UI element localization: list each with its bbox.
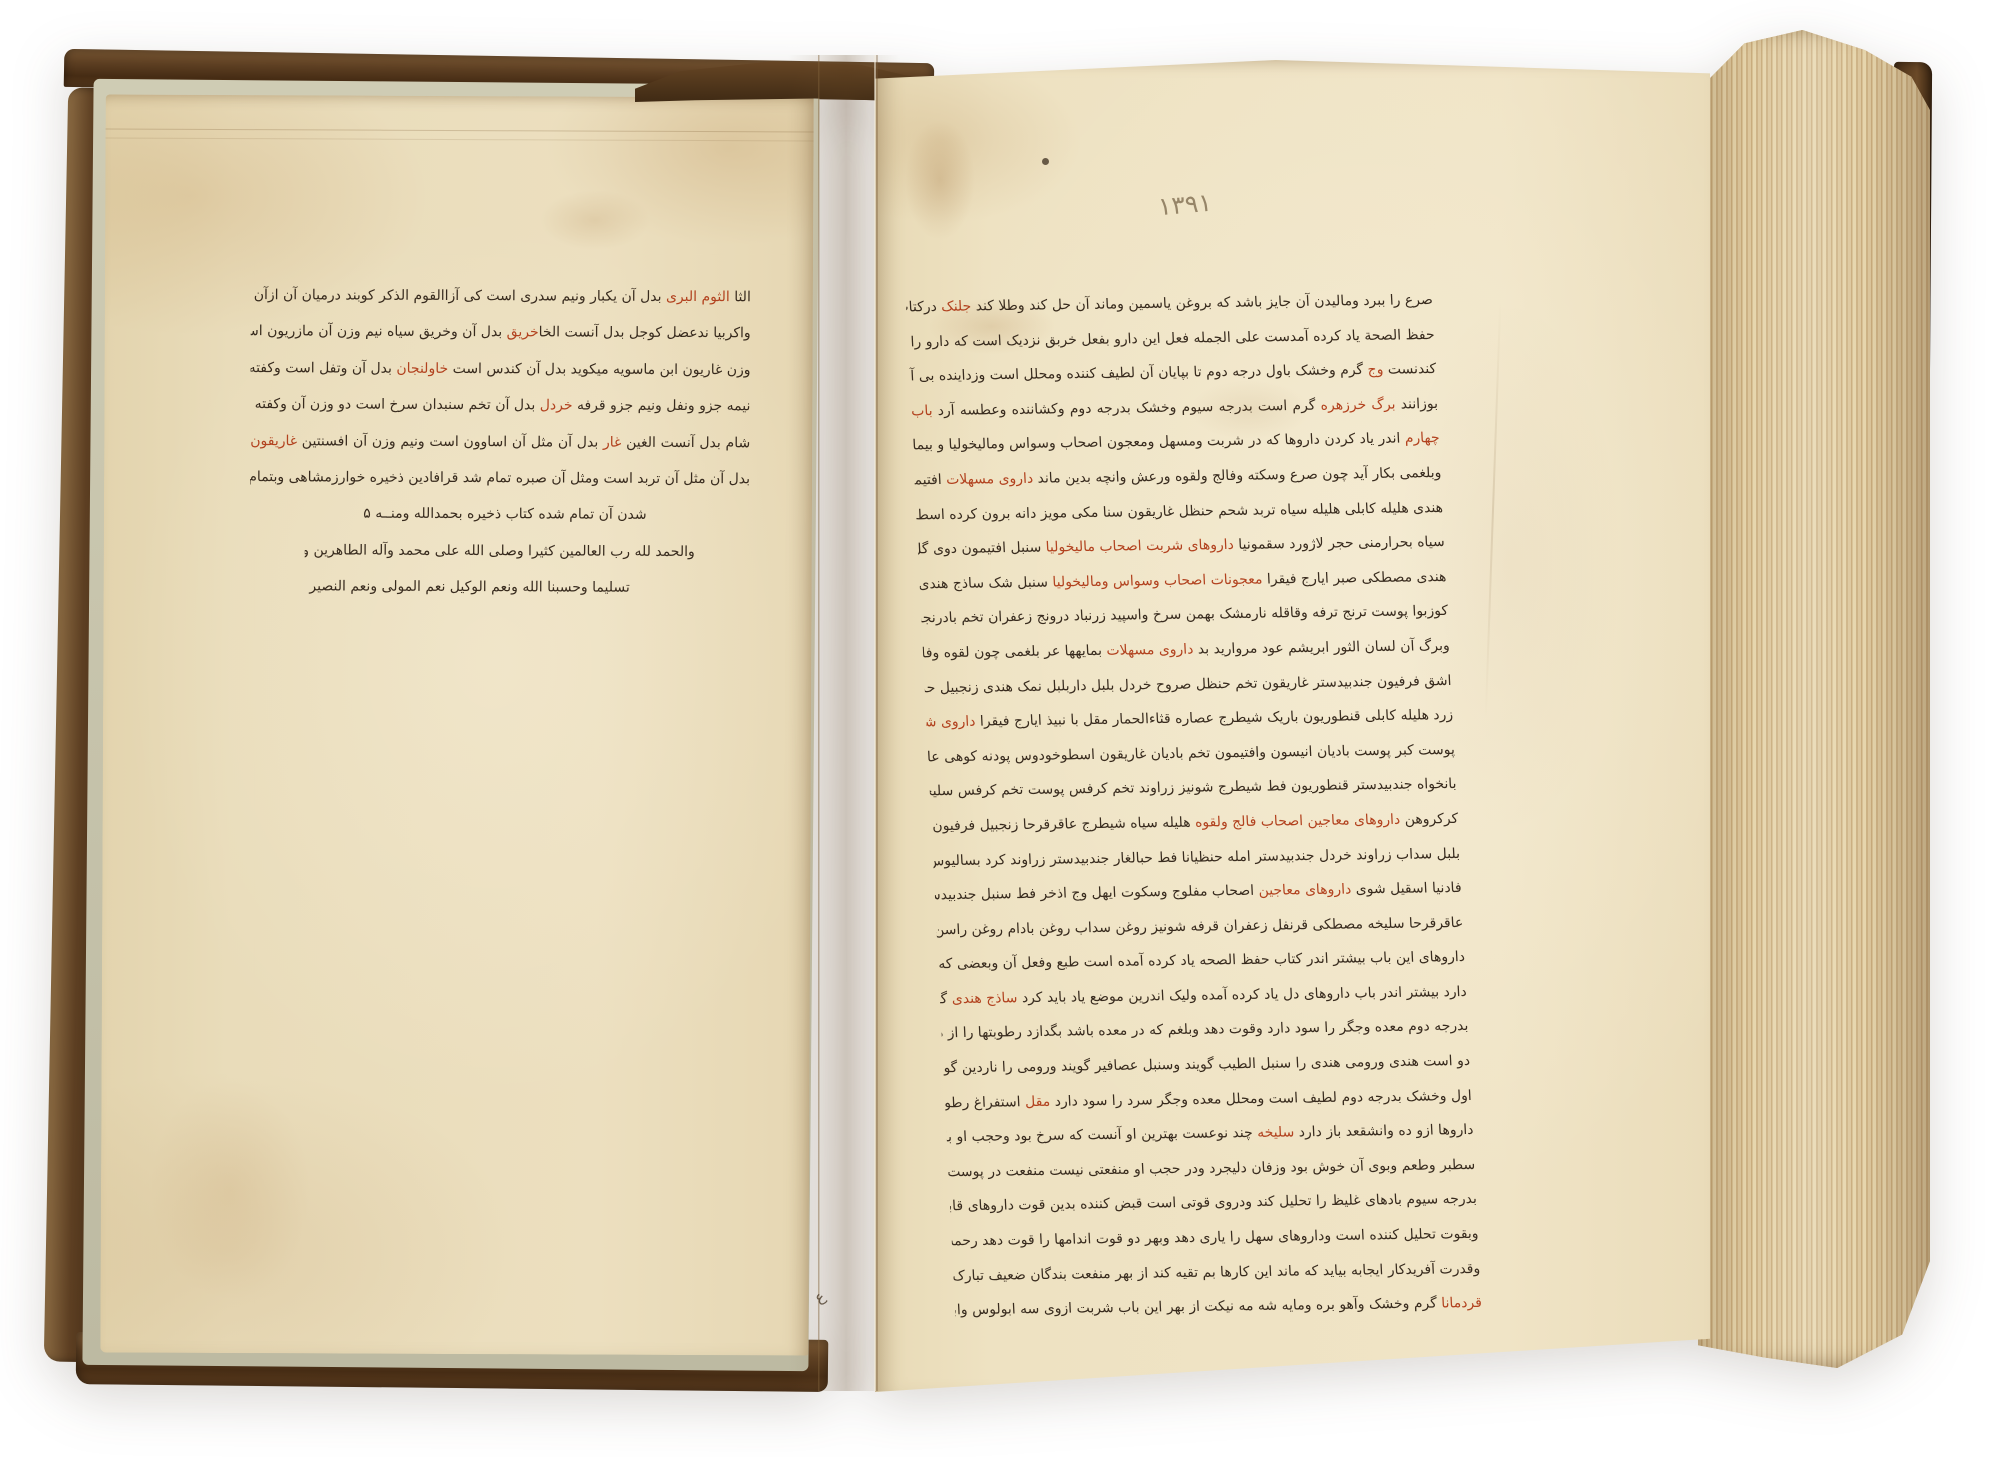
body-text: فادنیا اسقیل شوی — [1351, 880, 1462, 898]
right-lines: صرع را ببرد ومالیدن آن جایز باشد که بروغ… — [905, 283, 1482, 1328]
body-text: گرم است بدرجه سیوم وخشک بدرجه دوم وکشانن… — [932, 397, 1321, 418]
left-lines: الثا الثوم البری بدل آن یکبار ونیم سدری … — [250, 277, 751, 607]
body-text: بمایهها عر بلغمی چون لقوه وفالج سکنجبین — [922, 643, 1107, 663]
rubric-text: چهارم — [1404, 430, 1440, 446]
photo-stage: الثا الثوم البری بدل آن یکبار ونیم سدری … — [0, 0, 2000, 1457]
body-text: بدل آن مثل آن اساوون است ونیم وزن آن افس… — [297, 433, 603, 450]
rubric-text: ساذج هندی — [951, 990, 1017, 1007]
text-line: چهارم اندر یاد کردن داروها که در شربت وم… — [912, 421, 1440, 463]
body-text: درکتاب — [905, 299, 941, 316]
body-text: اول وخشک بدرجه دوم لطیف است ومحلل معده و… — [1050, 1088, 1472, 1110]
left-page-verso: الثا الثوم البری بدل آن یکبار ونیم سدری … — [100, 94, 813, 1355]
body-text: استفراغ رطوبت کند ونضج — [944, 1094, 1025, 1112]
body-text: وقدرت آفریدکار ایجابه بیاید که ماند این … — [953, 1261, 1481, 1286]
body-text: کندنست — [1383, 361, 1437, 378]
folio-number-pencil: ۱۳۹۱ — [1157, 188, 1213, 222]
rubric-text: غاریقون — [250, 433, 297, 449]
rubric-text: جلنک — [941, 298, 972, 314]
body-text: واکربیا ندعضل کوجل بدل آنست الخا — [539, 325, 751, 342]
body-text: عاقرقرحا سلیخه مصطکی قرنفل زعفران قرفه ش… — [936, 915, 1464, 940]
text-line: فادنیا اسقیل شوی داروهای معاجین اصحاب مف… — [934, 871, 1462, 913]
body-text: اندر یاد کردن داروها که در شربت ومسهل وم… — [912, 431, 1405, 455]
quire-mark: ع — [811, 1287, 829, 1307]
rubric-text: وج — [1367, 362, 1384, 378]
rubric-text: قردمانا — [1441, 1295, 1482, 1312]
body-text: افتیمون بسفایج نمک — [914, 472, 947, 490]
rubric-text: داروی مسهلات — [1106, 641, 1194, 658]
body-text: سیاه بحرارمنی حجر لاژورد سقمونیا — [1233, 534, 1445, 553]
rubric-text: باب — [911, 403, 933, 419]
rubric-text: برگ خرزهره — [1320, 396, 1396, 413]
body-text: بدل آن تخم سنبدان سرخ است دو وزن آن وکفت… — [250, 396, 539, 413]
rubric-text: داروهای معاجین — [1258, 882, 1351, 899]
body-text: دارد بیشتر اندر باب داروهای دل یاد کرده … — [1017, 984, 1467, 1006]
body-text: بدل آن یکبار ونیم سدری است کی آزاالقوم ا… — [251, 287, 666, 305]
body-text: الثا — [730, 289, 751, 305]
body-text: بانخواه جندبیدستر قنطوریون فط شیطرج شونی… — [929, 776, 1457, 801]
text-line: واکربیا ندعضل کوجل بدل آنست الخاخریق بدل… — [251, 313, 751, 352]
rubric-text: خاولنجان — [396, 361, 448, 377]
body-text: بدل آن وتفل است وکفته اند — [250, 360, 396, 377]
body-text: بوزانند — [1395, 396, 1438, 413]
body-text: دو است هندی ورومی هندی را سنبل الطیب گوی… — [943, 1053, 1471, 1078]
body-text: داروها ازو ده وانشقعد باز دارد — [1294, 1122, 1474, 1141]
body-text: سنبل افتیمون دوی گل سرخ وسپید ساذج — [917, 540, 1046, 559]
body-text: بلبل سداب زراوند خردل جندبیدستر امله حنظ… — [932, 845, 1460, 869]
body-text: حفظ الصحة یاد کرده آمدست علی الجمله فعل … — [907, 327, 1435, 351]
body-text: اشق فرفیون جندبیدستر غاریقون تخم حنظل صر… — [924, 672, 1452, 697]
body-text: بدرجه دوم معده وجگر را سود دارد وقوت دهد… — [941, 1018, 1469, 1043]
text-line: وزن غاریون ابن ماسویه میکوید بدل آن کندس… — [250, 350, 750, 389]
body-text: هندی مصطکی صبر ایارج فیقرا — [1262, 569, 1447, 588]
page-fold-line — [106, 137, 814, 141]
text-line: نیمه جزو ونفل ونیم جزو قرفه خردل بدل آن … — [250, 386, 750, 425]
body-text: کوزبوا پوست ترنج ترفه وقاقله نارمشک بهمن… — [921, 603, 1449, 627]
text-line: داروها ازو ده وانشقعد باز دارد سلیخه چند… — [946, 1113, 1474, 1155]
body-text: اصحاب مفلوج وسکوت ایهل وج اذخر فط سنبل ج… — [934, 883, 1259, 904]
text-line: تسلیما وحسبنا الله ونعم الوکیل نعم المول… — [285, 568, 655, 606]
body-text: نیمه جزو ونفل ونیم جزو قرفه — [573, 398, 751, 415]
body-text: گرم وخشک باول درجه دوم تا بپایان آن لطیف… — [909, 362, 1368, 385]
body-text: صرع را ببرد ومالیدن آن جایز باشد که بروغ… — [971, 292, 1433, 314]
page-fold-line — [106, 128, 814, 132]
body-text: وزن غاریون ابن ماسویه میکوید بدل آن کندس… — [448, 361, 750, 378]
rubric-text: خریق — [507, 325, 539, 341]
text-line: بدل آن مثل آن تربد است ومثل آن صبره تمام… — [250, 459, 750, 498]
rubric-text: داروهای معاجین اصحاب فالج ولقوه — [1195, 812, 1401, 831]
body-text: بدرجه سیوم بادهای غلیظ را تحلیل کند ودرو… — [949, 1191, 1477, 1216]
rubric-text: داروهای شربت اصحاب مالیخولیا — [1045, 537, 1234, 556]
text-line: وبقوت تحلیل کننده است وداروهای سهل را یا… — [951, 1217, 1479, 1259]
right-page-recto: ۱۳۹۱ صرع را ببرد ومالیدن آن جایز باشد که… — [875, 60, 1710, 1392]
text-line: شام بدل آنست الغین غار بدل آن مثل آن اسا… — [250, 423, 750, 462]
body-text: سنبل شک ساذج هندی قرنفل مصطکی — [919, 574, 1053, 593]
body-text: شدن آن تمام شده کتاب ذخیره بحمدالله ومنـ… — [363, 506, 646, 523]
rubric-text: الثوم البری — [666, 289, 730, 305]
rubric-text: غار — [603, 434, 621, 450]
body-text: تسلیما وحسبنا الله ونعم الوکیل نعم المول… — [309, 578, 629, 595]
body-text: پوست کبر پوست بادیان انیسون وافتیمون تخم… — [927, 742, 1455, 767]
text-line: والحمد لله رب العالمین کثیرا وصلی الله ع… — [305, 532, 695, 570]
body-text: وبلغمی بکار آید چون صرع وسکته وفالج ولقو… — [1033, 465, 1442, 487]
body-text: هلیله سیاه شیطرج عاقرقرحا زنجبیل فرفیون … — [931, 815, 1196, 836]
body-text: شام بدل آنست الغین — [621, 434, 750, 451]
rubric-text: مقل — [1025, 1093, 1051, 1109]
body-text: والحمد لله رب العالمین کثیرا وصلی الله ع… — [305, 542, 695, 560]
body-text: بدل آن مثل آن تربد است ومثل آن صبره تمام… — [250, 469, 750, 487]
rubric-text: داروی شربت اصحاب فالج ولقوه — [926, 714, 976, 733]
body-text: بدل آن وخریق سیاه نیم وزن آن مازریون است… — [251, 323, 507, 340]
open-manuscript-book: الثا الثوم البری بدل آن یکبار ونیم سدری … — [0, 0, 2000, 1457]
body-text: وبرگ آن لسان الثور ابریشم عود مروارید بد — [1193, 638, 1450, 658]
body-text: داروهای این باب بیشتر اندر کتاب حفظ الصح… — [937, 949, 1465, 974]
body-text: گرم وخشک وآهو بره ومایه شه مه نیکت از به… — [954, 1296, 1441, 1320]
text-line: شدن آن تمام شده کتاب ذخیره بحمدالله ومنـ… — [340, 496, 670, 534]
body-text: سطبر وطعم وبوی آن خوش بود وزفان دلیجرد و… — [948, 1157, 1476, 1182]
fore-edge-page-stack — [1698, 30, 1930, 1368]
body-text: چند نوعست بهترین او آنست که سرخ بود وحجب… — [946, 1125, 1258, 1146]
text-line: قردمانا گرم وخشک وآهو بره ومایه شه مه نی… — [954, 1286, 1482, 1328]
rubric-text: سلیخه — [1257, 1125, 1295, 1142]
rubric-text: معجونات اصحاب وسواس ومالیخولیا — [1052, 571, 1263, 590]
rubric-text: داروی مسهلات — [946, 471, 1034, 488]
body-text: وبقوت تحلیل کننده است وداروهای سهل را یا… — [951, 1226, 1479, 1250]
body-text: زرد هلیله کابلی قنطوریون باریک شیطرج عصا… — [975, 707, 1453, 730]
body-text: گرم وخشک — [939, 991, 952, 1008]
body-text: هندی هلیله کابلی هلیله سیاه تربد شحم حنظ… — [915, 500, 1443, 525]
rubric-text: خردل — [540, 398, 573, 414]
text-line: الثا الثوم البری بدل آن یکبار ونیم سدری … — [251, 277, 751, 316]
text-line: وبرگ آن لسان الثور ابریشم عود مروارید بد… — [922, 629, 1450, 671]
body-text: کرکروهن — [1400, 811, 1459, 828]
